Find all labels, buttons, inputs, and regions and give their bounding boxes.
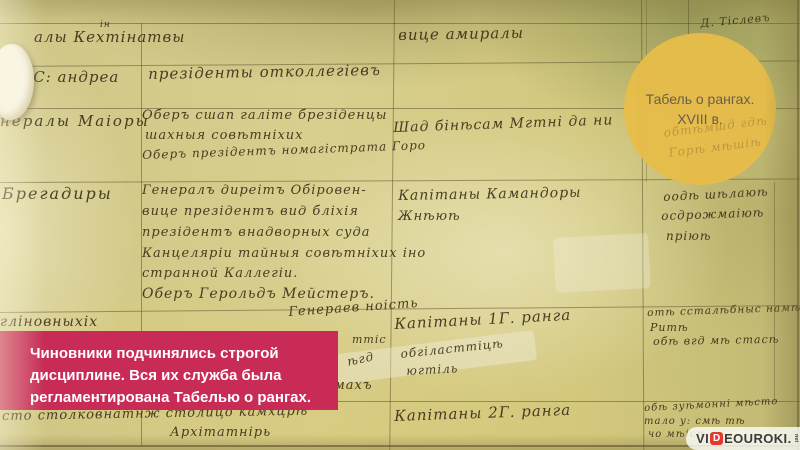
handwriting-annotation: Ритѣ [650, 322, 689, 333]
handwriting-text: презідентъ внадворных суда [142, 226, 371, 239]
handwriting-superscript: ін [100, 21, 111, 30]
slide: Д. Тіслевъ алы Кехтінатвы ін вице амирал… [0, 0, 800, 450]
handwriting-signature: Д. Тіслевъ [700, 12, 771, 29]
handwriting-fragment: ттіс [352, 334, 387, 345]
table-grid-line [797, 0, 799, 450]
logo-d-icon: D [710, 432, 723, 445]
logo-tld: net [793, 434, 799, 442]
handwriting-fragment: махъ [334, 379, 373, 392]
handwriting-text: югтіль [406, 362, 459, 377]
handwriting-annotation: осдрожмаіюѣ [661, 206, 765, 222]
caption-line: Чиновники подчинялись строгой [30, 343, 332, 365]
handwriting-text: Архітатнірь [170, 426, 271, 439]
handwriting-text: Канцеляріи тайныя совѣтніхих іно [142, 247, 426, 260]
handwriting-text: Жнѣюѣ [398, 210, 461, 223]
handwriting-text: Капітаны 2Г. ранга [394, 403, 571, 424]
handwriting-annotation: оодѣ шѣлаюѣ [663, 185, 769, 202]
handwriting-text: презіденты отколлегіевъ [148, 63, 381, 82]
handwriting-text: алы Кехтінатвы [34, 30, 185, 45]
table-grid-line [389, 0, 395, 450]
caption-box: Чиновники подчинялись строгой дисциплине… [0, 331, 338, 410]
handwriting-text: Капітаны Камандоры [398, 186, 582, 203]
handwriting-text: странной Каллегіи. [142, 267, 298, 280]
table-grid-line [0, 23, 800, 24]
videouroki-logo: VI D EOUROKI . net [686, 427, 800, 450]
handwriting-text: Капітаны 1Г. ранга [394, 308, 572, 332]
logo-text-vi: VI [696, 432, 709, 445]
title-badge-circle: Табель о рангах. XVIII в. [624, 33, 776, 185]
table-grid-line [774, 182, 775, 401]
badge-title: Табель о рангах. [646, 89, 755, 109]
handwriting-text: Оберъ Герольдъ Мейстеръ. [142, 287, 375, 301]
handwriting-annotation: пріюѣ [666, 230, 711, 242]
caption-line: регламентирована Табелью о рангах. [30, 387, 332, 409]
handwriting-annotation: обѣ зуѣмонні мѣсто [644, 397, 779, 414]
handwriting-text: вице презідентъ вид бліхія [142, 205, 359, 218]
table-grid-line [0, 445, 800, 447]
handwriting-text: Шад бінѣсам Мгтні да ни [393, 113, 614, 135]
handwriting-text: нералы Маіоры [0, 114, 150, 129]
handwriting-text: Генералъ диреітъ Обіровен- [142, 184, 367, 197]
handwriting-annotation: тало у: смѣ тѣ [644, 417, 746, 427]
handwriting-text: Оберъ сшап галіте брезіденцы [142, 109, 388, 122]
logo-text-eouroki: EOUROKI [724, 432, 787, 445]
handwriting-text: Брегадиры [2, 186, 113, 202]
handwriting-annotation: обѣ вгд мѣ стасѣ [653, 334, 779, 347]
tape-streak [553, 233, 651, 293]
handwriting-annotation: отѣ ссталѣбныс намѣ [647, 303, 800, 319]
handwriting-text: гліновныхіх [0, 315, 98, 329]
logo-dot: . [788, 432, 792, 445]
caption-line: дисциплине. Вся их служба была [30, 365, 332, 387]
handwriting-text: шахныя совѣтніхих [145, 129, 304, 142]
handwriting-text: вице амиралы [398, 26, 524, 43]
